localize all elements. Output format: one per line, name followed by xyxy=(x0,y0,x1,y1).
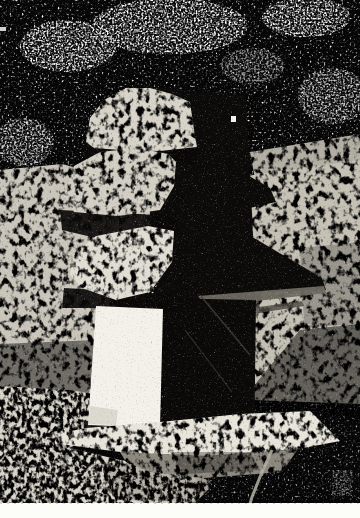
film-grain xyxy=(0,0,360,505)
stone-pagoda-photograph xyxy=(0,0,360,518)
margin-strip xyxy=(0,503,360,518)
grain-dark-flecks xyxy=(0,0,360,505)
photo-canvas xyxy=(0,0,360,518)
bottom-page-margin xyxy=(0,503,360,518)
